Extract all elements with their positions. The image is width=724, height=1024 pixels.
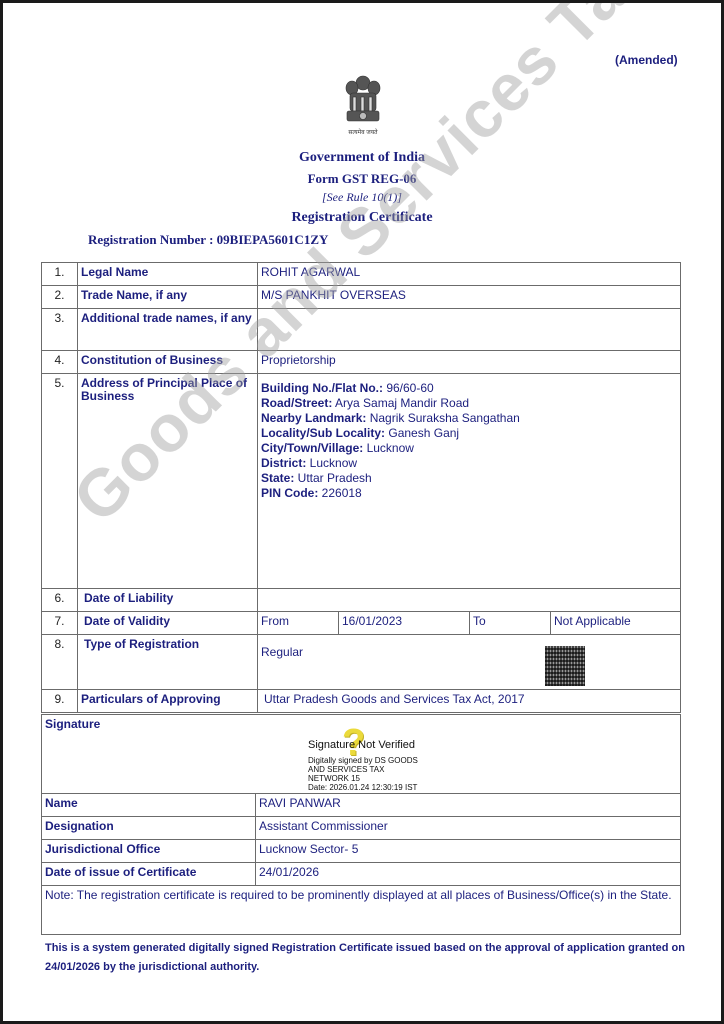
table-row: 1. Legal Name ROHIT AGARWAL [42, 263, 681, 286]
table-row: 4. Constitution of Business Proprietorsh… [42, 351, 681, 374]
table-row: Designation Assistant Commissioner [42, 817, 681, 840]
certificate-table: 1. Legal Name ROHIT AGARWAL 2. Trade Nam… [41, 262, 681, 713]
form-title: Form GST REG-06 [3, 171, 721, 187]
table-row: 5. Address of Principal Place of Busines… [42, 374, 681, 589]
approving-act-value: Uttar Pradesh Goods and Services Tax Act… [258, 690, 681, 713]
issue-date-value: 24/01/2026 [256, 863, 681, 886]
registration-type-value: Regular [258, 635, 681, 690]
national-emblem-icon: सत्यमेव जयते [340, 71, 386, 141]
additional-trade-names-value [258, 309, 681, 351]
constitution-value: Proprietorship [258, 351, 681, 374]
designation-value: Assistant Commissioner [256, 817, 681, 840]
jurisdictional-office-value: Lucknow Sector- 5 [256, 840, 681, 863]
registration-number: Registration Number : 09BIEPA5601C1ZY [88, 232, 328, 248]
signature-table: Signature ? Signature Not Verified Digit… [41, 714, 681, 935]
table-row: Jurisdictional Office Lucknow Sector- 5 [42, 840, 681, 863]
table-row: 3. Additional trade names, if any [42, 309, 681, 351]
rule-reference: [See Rule 10(1)] [3, 190, 721, 205]
table-row: 9. Particulars of Approving Uttar Prades… [42, 690, 681, 713]
svg-text:सत्यमेव जयते: सत्यमेव जयते [348, 128, 378, 136]
address-value: Building No./Flat No.: 96/60-60 Road/Str… [258, 374, 681, 589]
certificate-title: Registration Certificate [3, 210, 721, 226]
table-row: 6. Date of Liability [42, 589, 681, 612]
footer-statement: This is a system generated digitally sig… [45, 939, 685, 977]
certificate-page: (Amended) सत्यमेव जयते Government of Ind… [3, 3, 721, 1021]
legal-name-value: ROHIT AGARWAL [258, 263, 681, 286]
validity-to-date: Not Applicable [551, 612, 681, 635]
trade-name-value: M/S PANKHIT OVERSEAS [258, 286, 681, 309]
signature-cell: Signature ? Signature Not Verified Digit… [42, 715, 681, 794]
qr-code [545, 646, 585, 686]
government-title: Government of India [3, 150, 721, 166]
table-row: Name RAVI PANWAR [42, 794, 681, 817]
note-text: Note: The registration certificate is re… [42, 886, 681, 935]
validity-from-date: 16/01/2023 [339, 612, 470, 635]
table-row: 2. Trade Name, if any M/S PANKHIT OVERSE… [42, 286, 681, 309]
digital-signature-block[interactable]: Signature Not Verified Digitally signed … [308, 739, 418, 792]
table-row: Date of issue of Certificate 24/01/2026 [42, 863, 681, 886]
amended-label: (Amended) [615, 53, 678, 67]
table-row: 7. Date of Validity From 16/01/2023 To N… [42, 612, 681, 635]
date-of-liability-value [258, 589, 681, 612]
officer-name-value: RAVI PANWAR [256, 794, 681, 817]
